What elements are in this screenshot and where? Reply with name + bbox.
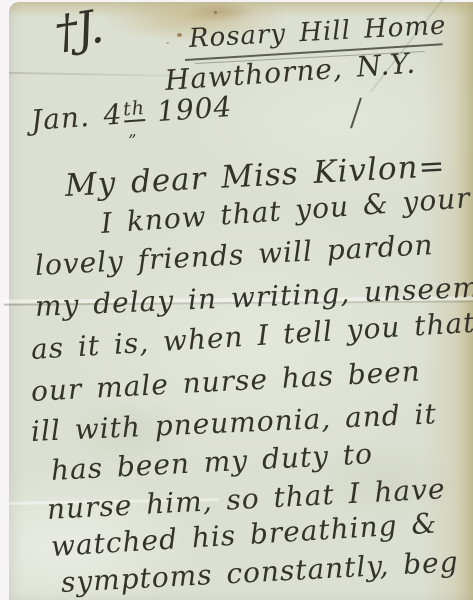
date-line: Jan. 4th1904 „ [30,90,234,137]
date-month-day: Jan. 4 [30,98,124,137]
ditto-mark: „ [127,121,137,141]
letter-paper: †J. Rosary Hill Home Hawthorne, N.Y. Jan… [9,2,473,600]
ink-stain-speck [166,42,169,44]
date-year: 1904 [156,90,233,128]
date-ordinal: th [122,97,145,122]
body-line-6: ill with pneumonia, and it [30,397,437,448]
ink-stain-speck [177,33,182,37]
scanned-letter: †J. Rosary Hill Home Hawthorne, N.Y. Jan… [0,0,473,600]
ink-stain-speck [214,11,217,14]
monogram: †J. [51,0,105,60]
body-line-2: lovely friends will pardon [34,228,434,282]
stray-ink-mark [350,97,362,128]
